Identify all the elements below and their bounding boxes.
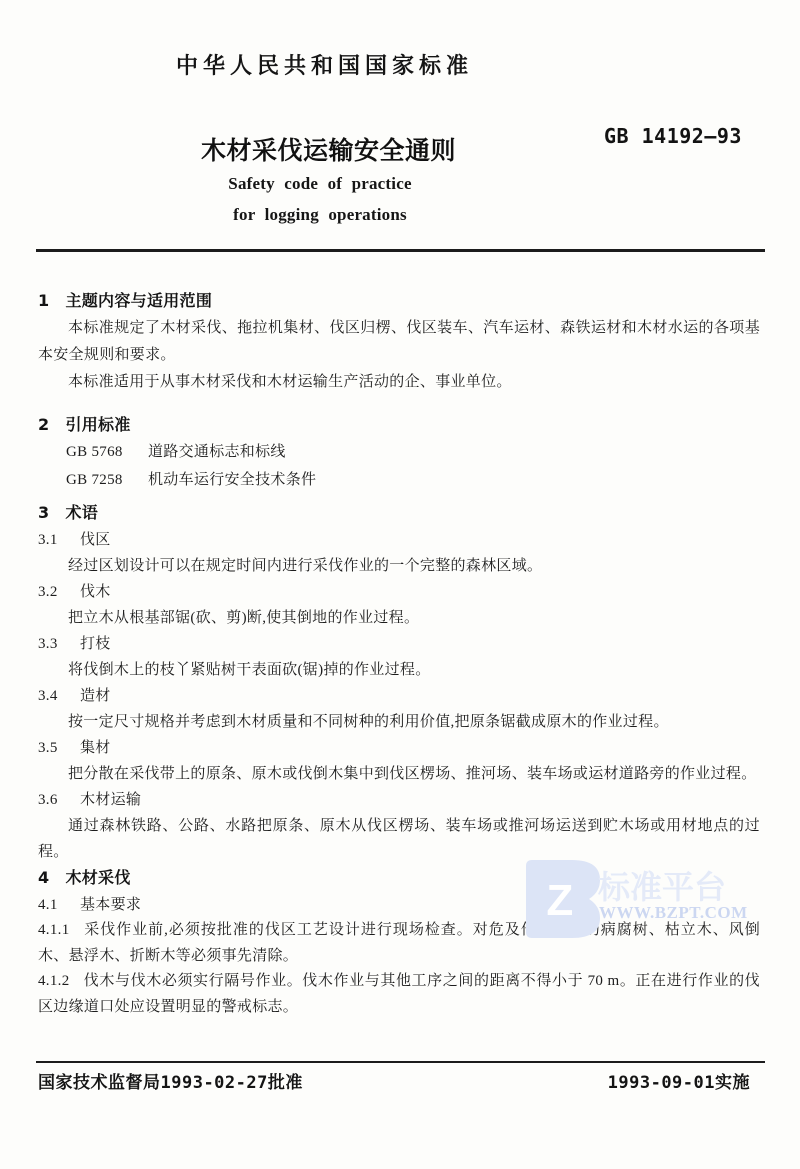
term-name: 木材运输 — [80, 792, 141, 808]
clause-number: 4.1.2 — [38, 973, 70, 989]
footer-approval: 国家技术监督局1993-02-27批准 — [38, 1068, 303, 1093]
reference-item: GB 7258机动车运行安全技术条件 — [38, 467, 760, 495]
page-title: 木材采伐运输安全通则 — [201, 137, 456, 166]
section-2-heading: 2引用标准 — [38, 412, 760, 439]
document-body: 1主题内容与适用范围 本标准规定了木材采伐、拖拉机集材、伐区归楞、伐区装车、汽车… — [38, 272, 760, 1020]
subsection-head: 4.1基本要求 — [38, 892, 760, 918]
term-number: 3.5 — [38, 735, 66, 761]
section-1-paragraph-1: 本标准规定了木材采伐、拖拉机集材、伐区归楞、伐区装车、汽车运材、森铁运材和木材水… — [38, 315, 760, 369]
reference-title: 机动车运行安全技术条件 — [148, 472, 316, 488]
clause-number: 4.1.1 — [38, 922, 70, 938]
term-number: 3.4 — [38, 683, 66, 709]
footer-implementation: 1993-09-01实施 — [608, 1068, 750, 1093]
term-number: 3.1 — [38, 527, 66, 553]
standard-document-page: 中华人民共和国国家标准 木材采伐运输安全通则 GB 14192—93 Safet… — [0, 0, 800, 1169]
section-1-title: 主题内容与适用范围 — [65, 293, 212, 310]
term-head: 3.4造材 — [38, 683, 760, 709]
section-3-title: 术语 — [65, 505, 98, 522]
section-4-number: 4 — [38, 865, 49, 891]
clause-4-1-2: 4.1.2伐木与伐木必须实行隔号作业。伐木作业与其他工序之间的距离不得小于 70… — [38, 969, 760, 1020]
term-definition: 经过区划设计可以在规定时间内进行采伐作业的一个完整的森林区域。 — [38, 553, 760, 579]
clause-4-1-1: 4.1.1采伐作业前,必须按批准的伐区工艺设计进行现场检查。对危及作业安全的病腐… — [38, 918, 760, 969]
standard-type-heading: 中华人民共和国国家标准 — [176, 49, 473, 80]
section-1-heading: 1主题内容与适用范围 — [38, 288, 760, 315]
term-name: 集材 — [80, 740, 111, 756]
term-definition: 把分散在采伐带上的原条、原木或伐倒木集中到伐区楞场、推河场、装车场或运材道路旁的… — [38, 761, 760, 787]
term-definition: 把立木从根基部锯(砍、剪)断,使其倒地的作业过程。 — [38, 605, 760, 631]
term-name: 造材 — [80, 688, 111, 704]
term-number: 3.3 — [38, 631, 66, 657]
reference-title: 道路交通标志和标线 — [148, 444, 286, 460]
term-number: 3.6 — [38, 787, 66, 813]
term-head: 3.5集材 — [38, 735, 760, 761]
english-title-line2: for logging operations — [0, 199, 640, 230]
footer-divider-rule — [36, 1061, 765, 1063]
english-title: Safety code of practice for logging oper… — [0, 168, 640, 230]
reference-code: GB 7258 — [66, 467, 124, 495]
term-definition: 通过森林铁路、公路、水路把原条、原木从伐区楞场、装车场或推河场运送到贮木场或用材… — [38, 813, 760, 865]
term-head: 3.2伐木 — [38, 579, 760, 605]
clause-text: 伐木与伐木必须实行隔号作业。伐木作业与其他工序之间的距离不得小于 70 m。正在… — [38, 973, 760, 1015]
section-2-number: 2 — [38, 412, 49, 438]
section-1-number: 1 — [38, 288, 49, 314]
section-4-title: 木材采伐 — [65, 870, 130, 887]
section-2-title: 引用标准 — [65, 417, 130, 434]
term-name: 伐木 — [80, 584, 111, 600]
english-title-line1: Safety code of practice — [0, 168, 640, 199]
reference-item: GB 5768道路交通标志和标线 — [38, 439, 760, 467]
section-3-number: 3 — [38, 500, 49, 526]
term-name: 伐区 — [80, 532, 111, 548]
section-3-heading: 3术语 — [38, 500, 760, 527]
section-4-heading: 4木材采伐 — [38, 865, 760, 892]
subsection-number: 4.1 — [38, 892, 66, 918]
term-head: 3.3打枝 — [38, 631, 760, 657]
header-divider-rule — [36, 249, 765, 252]
reference-code: GB 5768 — [66, 439, 124, 467]
standard-number: GB 14192—93 — [604, 124, 742, 148]
subsection-title: 基本要求 — [80, 897, 141, 913]
term-head: 3.6木材运输 — [38, 787, 760, 813]
term-definition: 将伐倒木上的枝丫紧贴树干表面砍(锯)掉的作业过程。 — [38, 657, 760, 683]
clause-text: 采伐作业前,必须按批准的伐区工艺设计进行现场检查。对危及作业安全的病腐树、枯立木… — [38, 922, 760, 964]
term-name: 打枝 — [80, 636, 111, 652]
term-number: 3.2 — [38, 579, 66, 605]
term-head: 3.1伐区 — [38, 527, 760, 553]
term-definition: 按一定尺寸规格并考虑到木材质量和不同树种的利用价值,把原条锯截成原木的作业过程。 — [38, 709, 760, 735]
section-1-paragraph-2: 本标准适用于从事木材采伐和木材运输生产活动的企、事业单位。 — [38, 369, 760, 396]
